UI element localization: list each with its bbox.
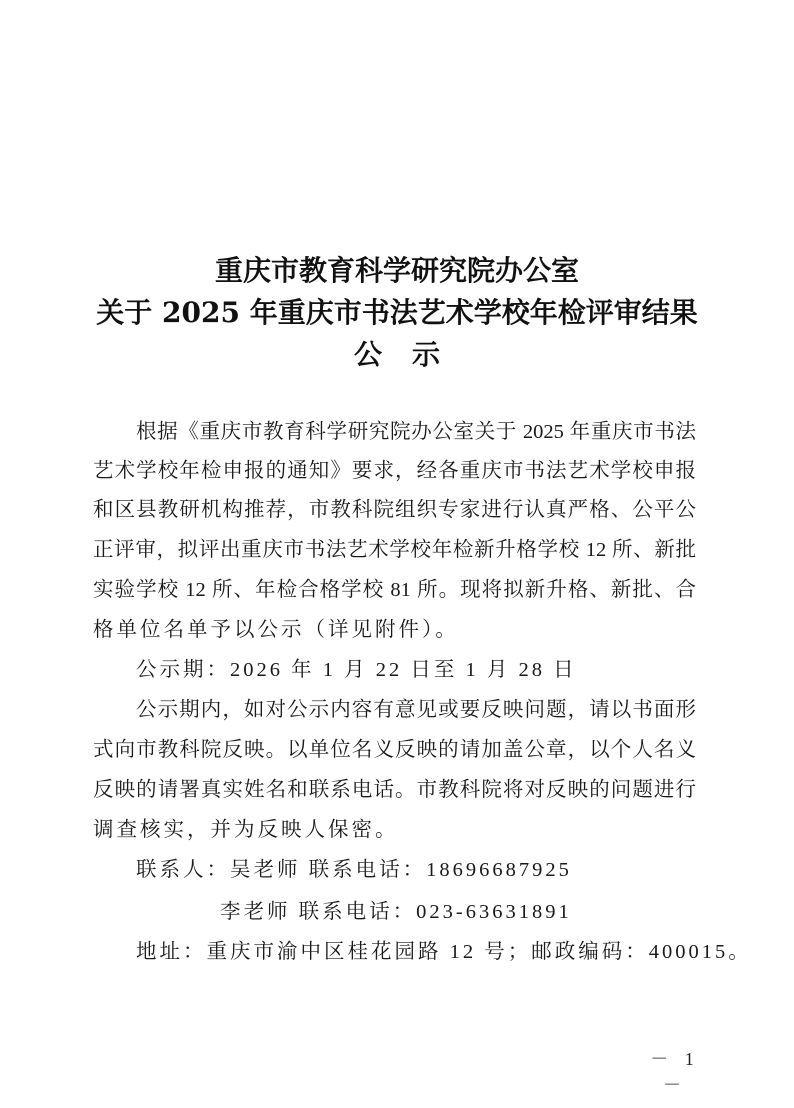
page-number: － 1 － — [635, 1045, 715, 1097]
paragraph-3-line: 反映的请署真实姓名和联系电话。市教科院将对反映的问题进行 — [93, 770, 696, 810]
paragraph-1-line: 实验学校 12 所、年检合格学校 81 所。现将拟新升格、新批、合 — [93, 570, 696, 610]
title-line-3: 公示 — [0, 334, 794, 376]
contact-line-2: 李老师 联系电话：023-63631891 — [220, 892, 794, 932]
paragraph-3-line: 公示期内，如对公示内容有意见或要反映问题，请以书面形 — [136, 690, 696, 730]
document-page: 重庆市教育科学研究院办公室 关于 2025 年重庆市书法艺术学校年检评审结果 公… — [0, 0, 794, 1108]
contact-line-1: 联系人：吴老师 联系电话：18696687925 — [136, 850, 696, 890]
paragraph-3-line: 调查核实，并为反映人保密。 — [93, 810, 696, 850]
title-line-2: 关于 2025 年重庆市书法艺术学校年检评审结果 — [0, 292, 794, 334]
paragraph-1-line: 艺术学校年检申报的通知》要求，经各重庆市书法艺术学校申报 — [93, 451, 696, 491]
paragraph-3-line: 式向市教科院反映。以单位名义反映的请加盖公章，以个人名义 — [93, 730, 696, 770]
paragraph-1-line: 根据《重庆市教育科学研究院办公室关于 2025 年重庆市书法 — [136, 412, 696, 452]
paragraph-1-line: 格单位名单予以公示（详见附件）。 — [93, 610, 696, 650]
paragraph-1-line: 正评审，拟评出重庆市书法艺术学校年检新升格学校 12 所、新批 — [93, 530, 696, 570]
paragraph-1-line: 和区县教研机构推荐，市教科院组织专家进行认真严格、公平公 — [93, 490, 696, 530]
publicity-period: 公示期：2026 年 1 月 22 日至 1 月 28 日 — [136, 650, 696, 690]
title-line-1: 重庆市教育科学研究院办公室 — [0, 250, 794, 292]
address-line: 地址：重庆市渝中区桂花园路 12 号；邮政编码：400015。 — [136, 932, 696, 972]
